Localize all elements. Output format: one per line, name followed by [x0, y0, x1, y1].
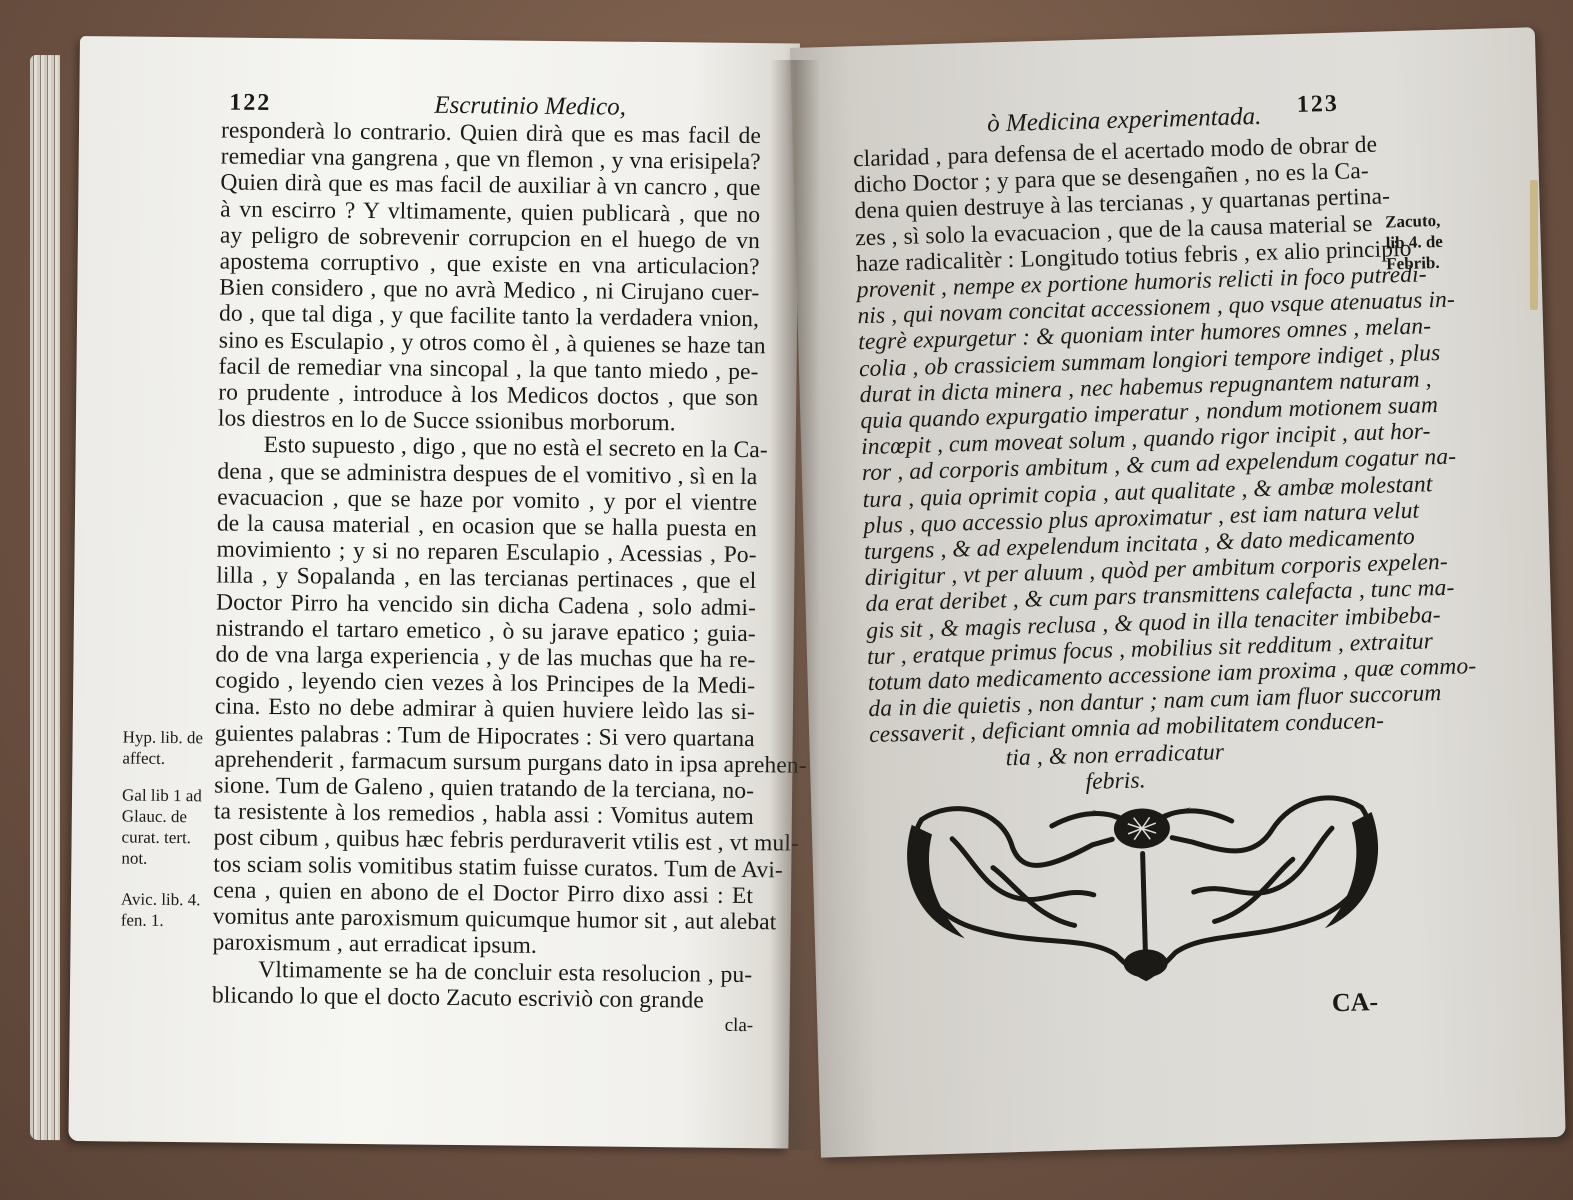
margin-note-zacuto: Zacuto, lib 4. de Febrib. [1385, 210, 1457, 275]
book-gutter [770, 60, 820, 1150]
floral-ornament-icon [891, 777, 1396, 991]
margin-note-hippocrates: Hyp. lib. de affect. [122, 726, 212, 769]
text-line: blicando lo que el docto Zacuto escriviò… [212, 982, 752, 1014]
page-block-edges [30, 55, 60, 1140]
catchword: cla- [725, 1015, 754, 1037]
margin-note-galen: Gal lib 1 ad Glauc. de curat. tert. not. [121, 784, 212, 869]
left-page: 122 Escrutinio Medico, responderà lo con… [68, 36, 800, 1148]
right-page-text: claridad , para defensa de el acertado m… [853, 133, 1361, 802]
bookmark-ribbon [1530, 180, 1538, 310]
running-head-left: Escrutinio Medico, [434, 92, 626, 122]
page-number-right: 123 [1296, 91, 1339, 119]
margin-note-avicenna: Avic. lib. 4. fen. 1. [121, 888, 211, 931]
running-head-right: ò Medicina experimentada. [987, 103, 1262, 139]
page-number-left: 122 [229, 90, 271, 117]
right-page: ò Medicina experimentada. 123 claridad ,… [790, 27, 1566, 1157]
signature-mark: CA- [1331, 987, 1378, 1018]
left-page-text: responderà lo contrario. Quien dirà que … [212, 117, 761, 1014]
